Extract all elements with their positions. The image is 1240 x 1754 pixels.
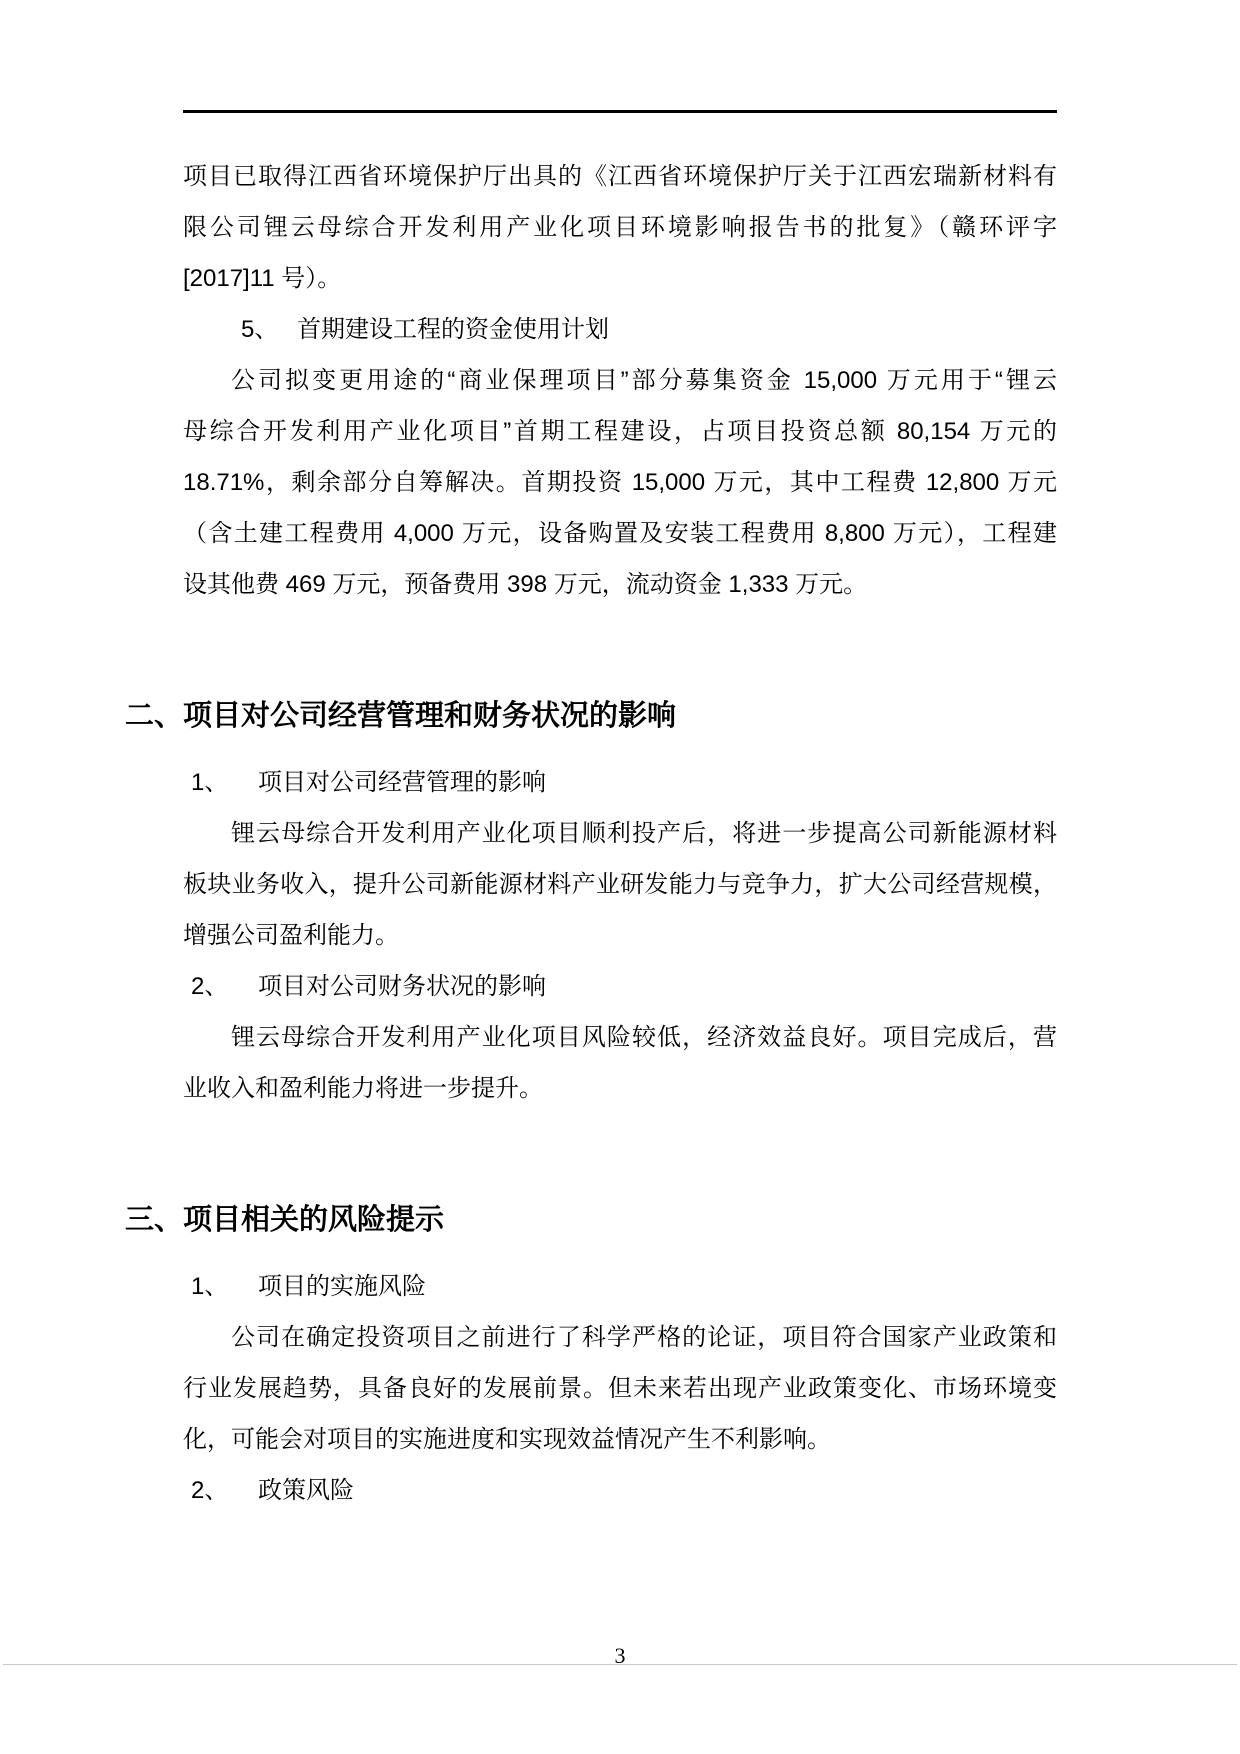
- list-item-label: 项目对公司经营管理的影响: [258, 769, 546, 796]
- list-item-label: 项目的实施风险: [258, 1273, 426, 1300]
- paragraph-line: 限公司锂云母综合开发利用产业化项目环境影响报告书的批复》（赣环评字: [183, 202, 1057, 253]
- intro-paragraph: 项目已取得江西省环境保护厅出具的《江西省环境保护厅关于江西宏瑞新材料有 限公司锂…: [183, 151, 1057, 304]
- paragraph-line: 项目已取得江西省环境保护厅出具的《江西省环境保护厅关于江西宏瑞新材料有: [183, 151, 1057, 202]
- paragraph-line: 锂云母综合开发利用产业化项目风险较低，经济效益良好。项目完成后，营: [183, 1012, 1057, 1063]
- page-number: 3: [0, 1643, 1240, 1669]
- list-item-number: 5、: [241, 304, 297, 355]
- paragraph-line: 行业发展趋势，具备良好的发展前景。但未来若出现产业政策变化、市场环境变: [183, 1363, 1057, 1414]
- paragraph-line: 化，可能会对项目的实施进度和实现效益情况产生不利影响。: [183, 1414, 1057, 1465]
- paragraph-line: 公司在确定投资项目之前进行了科学严格的论证，项目符合国家产业政策和: [183, 1312, 1057, 1363]
- section-heading-2: 二、项目对公司经营管理和财务状况的影响: [125, 697, 1057, 735]
- funding-paragraph: 公司拟变更用途的“商业保理项目”部分募集资金 15,000 万元用于“锂云 母综…: [183, 355, 1057, 610]
- operations-paragraph: 锂云母综合开发利用产业化项目顺利投产后，将进一步提高公司新能源材料 板块业务收入…: [183, 808, 1057, 961]
- list-item-label: 政策风险: [258, 1477, 354, 1504]
- list-item-implementation-risk: 1、项目的实施风险: [183, 1261, 1057, 1312]
- list-item-funding-plan: 5、首期建设工程的资金使用计划: [183, 304, 1057, 355]
- paragraph-line: 母综合开发利用产业化项目”首期工程建设，占项目投资总额 80,154 万元的: [183, 406, 1057, 457]
- risk-paragraph: 公司在确定投资项目之前进行了科学严格的论证，项目符合国家产业政策和 行业发展趋势…: [183, 1312, 1057, 1465]
- paragraph-line: [2017]11 号）。: [183, 253, 1057, 304]
- list-item-label: 首期建设工程的资金使用计划: [297, 316, 609, 343]
- paragraph-line: 设其他费 469 万元，预备费用 398 万元，流动资金 1,333 万元。: [183, 559, 1057, 610]
- paragraph-line: 锂云母综合开发利用产业化项目顺利投产后，将进一步提高公司新能源材料: [183, 808, 1057, 859]
- paragraph-line: 业收入和盈利能力将进一步提升。: [183, 1063, 1057, 1114]
- list-item-financial-impact: 2、项目对公司财务状况的影响: [183, 961, 1057, 1012]
- finance-paragraph: 锂云母综合开发利用产业化项目风险较低，经济效益良好。项目完成后，营 业收入和盈利…: [183, 1012, 1057, 1114]
- paragraph-line: 18.71%，剩余部分自筹解决。首期投资 15,000 万元，其中工程费 12,…: [183, 457, 1057, 508]
- list-item-number: 1、: [191, 1261, 258, 1312]
- list-item-number: 1、: [191, 757, 258, 808]
- paragraph-line: 板块业务收入，提升公司新能源材料产业研发能力与竞争力，扩大公司经营规模，: [183, 859, 1057, 910]
- document-body: 项目已取得江西省环境保护厅出具的《江西省环境保护厅关于江西宏瑞新材料有 限公司锂…: [183, 151, 1057, 1516]
- list-item-label: 项目对公司财务状况的影响: [258, 973, 546, 1000]
- list-item-number: 2、: [191, 1465, 258, 1516]
- list-item-number: 2、: [191, 961, 258, 1012]
- paragraph-line: （含土建工程费用 4,000 万元，设备购置及安装工程费用 8,800 万元），…: [183, 508, 1057, 559]
- section-heading-3: 三、项目相关的风险提示: [125, 1201, 1057, 1239]
- paragraph-line: 增强公司盈利能力。: [183, 910, 1057, 961]
- paragraph-line: 公司拟变更用途的“商业保理项目”部分募集资金 15,000 万元用于“锂云: [183, 355, 1057, 406]
- list-item-policy-risk: 2、政策风险: [183, 1465, 1057, 1516]
- list-item-management-impact: 1、项目对公司经营管理的影响: [183, 757, 1057, 808]
- header-divider-line: [183, 110, 1057, 113]
- document-page: 项目已取得江西省环境保护厅出具的《江西省环境保护厅关于江西宏瑞新材料有 限公司锂…: [0, 0, 1240, 1754]
